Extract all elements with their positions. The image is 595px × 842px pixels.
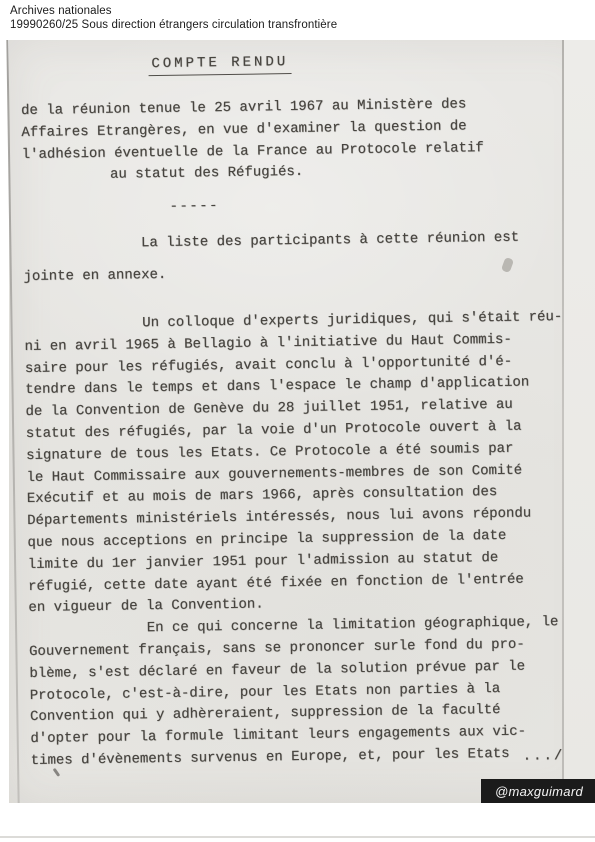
separator-dashes: ----- — [169, 198, 219, 215]
page-background: Archives nationales 19990260/25 Sous dir… — [0, 0, 595, 842]
typewritten-text: COMPTE RENDU de la réunion tenue le 25 a… — [20, 36, 571, 807]
continuation-mark: .../ — [523, 748, 565, 765]
scanned-document: COMPTE RENDU de la réunion tenue le 25 a… — [9, 40, 595, 803]
annex-note: La liste des participants à cette réunio… — [23, 225, 564, 297]
watermark-text: @maxguimard — [495, 784, 583, 799]
bottom-scan-line — [0, 836, 595, 838]
body-paragraphs: Un colloque d'experts juridiques, qui s'… — [24, 307, 571, 773]
archive-reference: 19990260/25 Sous direction étrangers cir… — [10, 19, 337, 33]
archive-name: Archives nationales — [10, 5, 337, 19]
text-line: jointe en annexe. — [23, 257, 563, 297]
watermark-badge: @maxguimard — [481, 779, 595, 803]
paper-left-edge-shadow — [6, 40, 19, 803]
document-title: COMPTE RENDU — [148, 54, 291, 76]
archive-header: Archives nationales 19990260/25 Sous dir… — [10, 5, 337, 32]
intro-paragraph: de la réunion tenue le 25 avril 1967 au … — [21, 93, 562, 188]
